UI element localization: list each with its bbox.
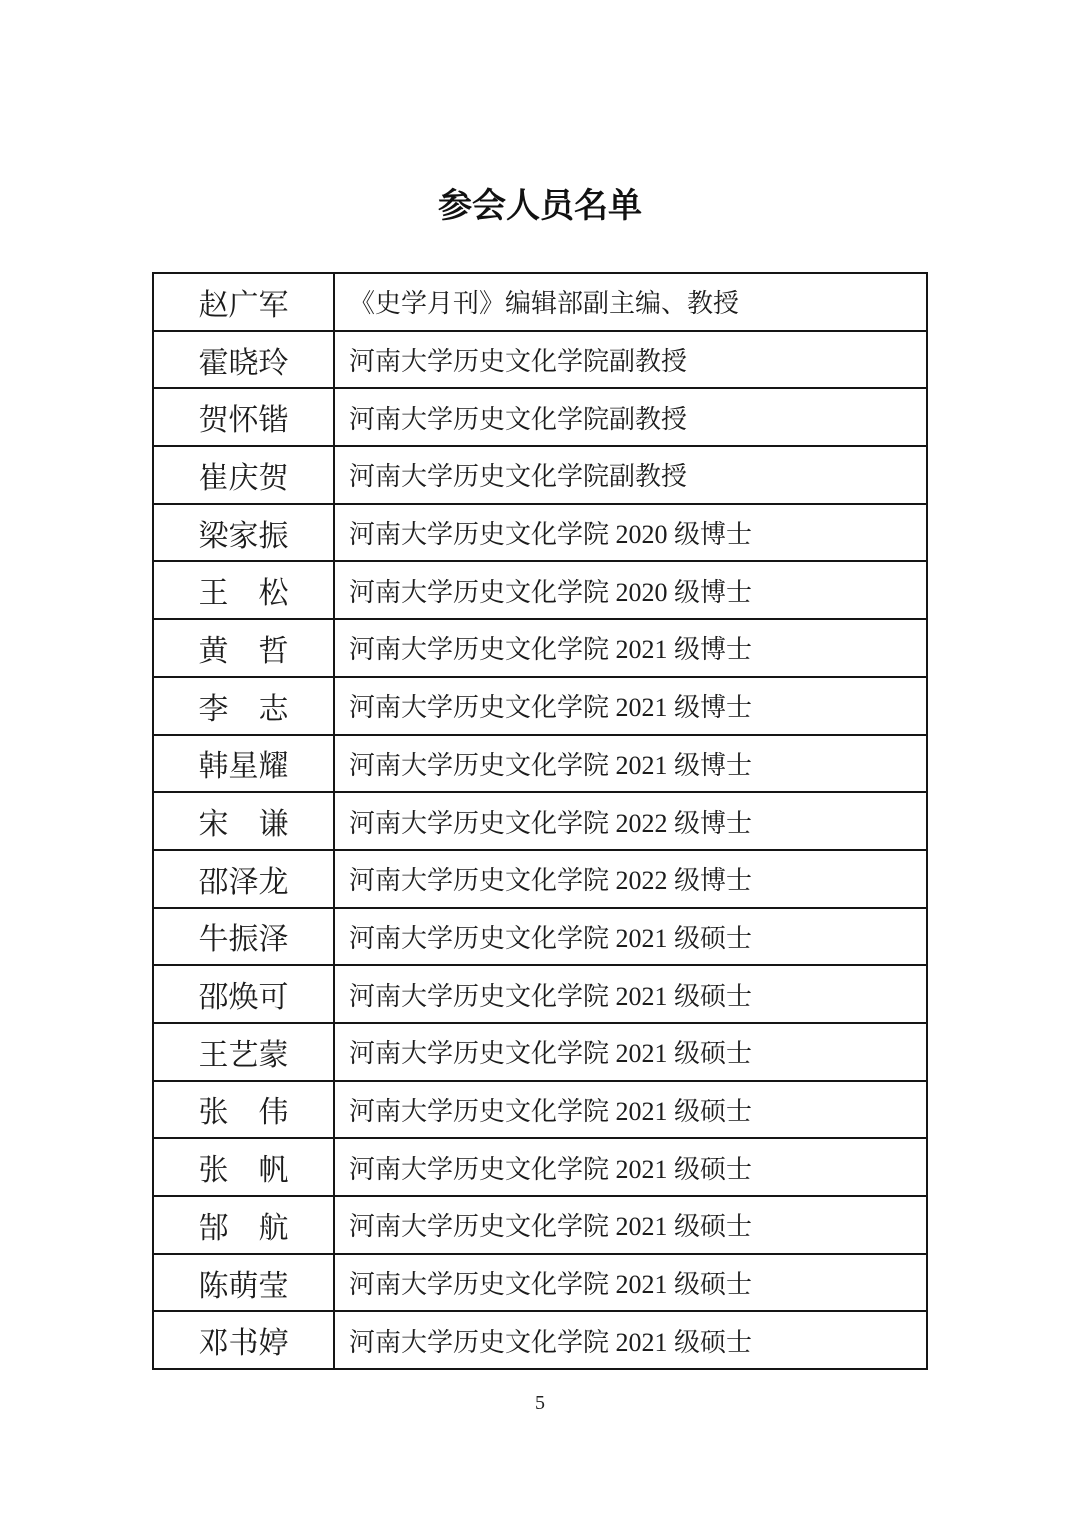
table-row: 郜 航河南大学历史文化学院 2021 级硕士 xyxy=(153,1196,927,1254)
participant-name-cell: 邵焕可 xyxy=(153,965,334,1023)
participant-name-cell: 宋 谦 xyxy=(153,792,334,850)
participant-name-cell: 梁家振 xyxy=(153,504,334,562)
participant-name-cell: 贺怀锴 xyxy=(153,388,334,446)
participant-name-cell: 张 伟 xyxy=(153,1081,334,1139)
table-row: 宋 谦河南大学历史文化学院 2022 级博士 xyxy=(153,792,927,850)
page-number: 5 xyxy=(0,1392,1080,1415)
table-row: 邓书婷河南大学历史文化学院 2021 级硕士 xyxy=(153,1311,927,1369)
participant-affiliation-cell: 《史学月刊》编辑部副主编、教授 xyxy=(334,273,927,331)
table-row: 邵泽龙河南大学历史文化学院 2022 级博士 xyxy=(153,850,927,908)
participant-name-cell: 崔庆贺 xyxy=(153,446,334,504)
table-row: 崔庆贺河南大学历史文化学院副教授 xyxy=(153,446,927,504)
participant-affiliation-cell: 河南大学历史文化学院 2022 级博士 xyxy=(334,850,927,908)
table-row: 邵焕可河南大学历史文化学院 2021 级硕士 xyxy=(153,965,927,1023)
participant-name-cell: 霍晓玲 xyxy=(153,331,334,389)
table-row: 贺怀锴河南大学历史文化学院副教授 xyxy=(153,388,927,446)
participant-affiliation-cell: 河南大学历史文化学院 2020 级博士 xyxy=(334,561,927,619)
participant-affiliation-cell: 河南大学历史文化学院副教授 xyxy=(334,446,927,504)
participants-table-body: 赵广军《史学月刊》编辑部副主编、教授霍晓玲河南大学历史文化学院副教授贺怀锴河南大… xyxy=(153,273,927,1369)
table-row: 黄 哲河南大学历史文化学院 2021 级博士 xyxy=(153,619,927,677)
table-row: 赵广军《史学月刊》编辑部副主编、教授 xyxy=(153,273,927,331)
participant-name-cell: 李 志 xyxy=(153,677,334,735)
table-row: 牛振泽河南大学历史文化学院 2021 级硕士 xyxy=(153,908,927,966)
participant-name-cell: 张 帆 xyxy=(153,1138,334,1196)
page-title: 参会人员名单 xyxy=(0,178,1080,227)
table-row: 陈萌莹河南大学历史文化学院 2021 级硕士 xyxy=(153,1254,927,1312)
table-row: 王艺蒙河南大学历史文化学院 2021 级硕士 xyxy=(153,1023,927,1081)
participant-affiliation-cell: 河南大学历史文化学院 2021 级硕士 xyxy=(334,1196,927,1254)
table-row: 王 松河南大学历史文化学院 2020 级博士 xyxy=(153,561,927,619)
table-row: 韩星耀河南大学历史文化学院 2021 级博士 xyxy=(153,735,927,793)
table-row: 梁家振河南大学历史文化学院 2020 级博士 xyxy=(153,504,927,562)
participant-affiliation-cell: 河南大学历史文化学院 2021 级硕士 xyxy=(334,1023,927,1081)
participant-name-cell: 牛振泽 xyxy=(153,908,334,966)
table-row: 霍晓玲河南大学历史文化学院副教授 xyxy=(153,331,927,389)
participant-name-cell: 邓书婷 xyxy=(153,1311,334,1369)
table-row: 张 伟河南大学历史文化学院 2021 级硕士 xyxy=(153,1081,927,1139)
participant-affiliation-cell: 河南大学历史文化学院 2021 级硕士 xyxy=(334,1254,927,1312)
participant-name-cell: 郜 航 xyxy=(153,1196,334,1254)
table-row: 李 志河南大学历史文化学院 2021 级博士 xyxy=(153,677,927,735)
table-row: 张 帆河南大学历史文化学院 2021 级硕士 xyxy=(153,1138,927,1196)
participants-table: 赵广军《史学月刊》编辑部副主编、教授霍晓玲河南大学历史文化学院副教授贺怀锴河南大… xyxy=(152,272,928,1370)
document-page: 参会人员名单 赵广军《史学月刊》编辑部副主编、教授霍晓玲河南大学历史文化学院副教… xyxy=(0,0,1080,1528)
participant-affiliation-cell: 河南大学历史文化学院 2022 级博士 xyxy=(334,792,927,850)
participant-name-cell: 黄 哲 xyxy=(153,619,334,677)
participant-affiliation-cell: 河南大学历史文化学院 2021 级硕士 xyxy=(334,1081,927,1139)
participant-affiliation-cell: 河南大学历史文化学院 2021 级博士 xyxy=(334,677,927,735)
participant-name-cell: 韩星耀 xyxy=(153,735,334,793)
participant-affiliation-cell: 河南大学历史文化学院 2021 级硕士 xyxy=(334,1311,927,1369)
participant-affiliation-cell: 河南大学历史文化学院副教授 xyxy=(334,331,927,389)
participant-affiliation-cell: 河南大学历史文化学院 2020 级博士 xyxy=(334,504,927,562)
participant-affiliation-cell: 河南大学历史文化学院副教授 xyxy=(334,388,927,446)
participant-name-cell: 王艺蒙 xyxy=(153,1023,334,1081)
participant-affiliation-cell: 河南大学历史文化学院 2021 级硕士 xyxy=(334,1138,927,1196)
participant-name-cell: 王 松 xyxy=(153,561,334,619)
participant-affiliation-cell: 河南大学历史文化学院 2021 级博士 xyxy=(334,619,927,677)
participant-name-cell: 陈萌莹 xyxy=(153,1254,334,1312)
participant-affiliation-cell: 河南大学历史文化学院 2021 级硕士 xyxy=(334,965,927,1023)
participant-affiliation-cell: 河南大学历史文化学院 2021 级博士 xyxy=(334,735,927,793)
participant-affiliation-cell: 河南大学历史文化学院 2021 级硕士 xyxy=(334,908,927,966)
participant-name-cell: 赵广军 xyxy=(153,273,334,331)
participant-name-cell: 邵泽龙 xyxy=(153,850,334,908)
